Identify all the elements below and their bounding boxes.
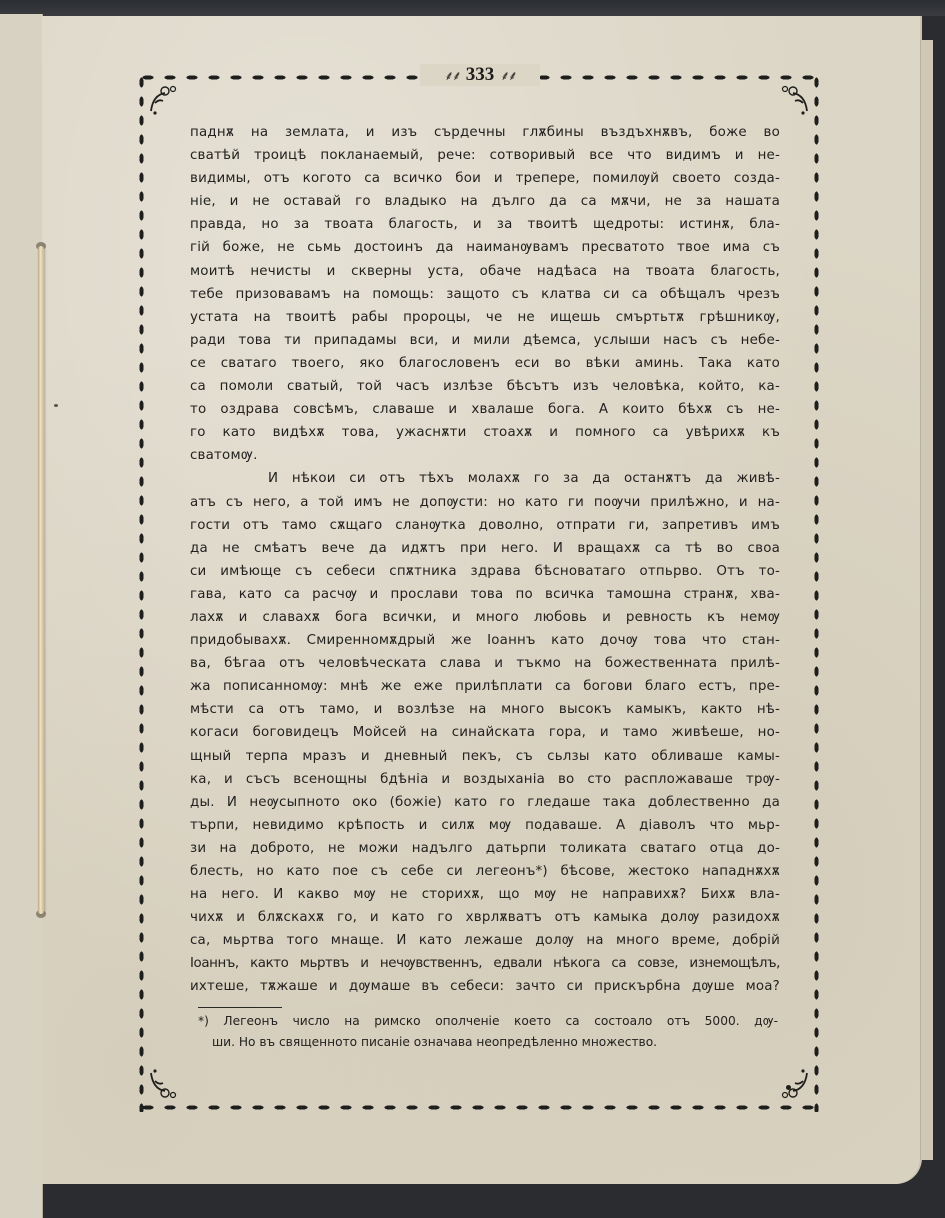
text-line: щный терпа мразъ и дневный пекъ, съ сьлз… [190, 745, 780, 768]
text-line: придобывахѫ. Смиренномѫдрый же Іоаннъ ка… [190, 629, 780, 652]
text-line: когаси боговидецъ Мойсей на синайската г… [190, 721, 780, 744]
text-line: правда, но за твоата благость, и за твои… [190, 213, 780, 236]
text-line: И нѣкои си отъ тѣхъ молахѫ го за да оста… [190, 467, 780, 490]
text-line: ніе, и не оставай го владыко на дълго да… [190, 190, 780, 213]
corner-flourish-icon [777, 83, 811, 117]
text-line: моитѣ нечисты и скверны уста, обаче надѣ… [190, 260, 780, 283]
text-line: тебе призовавамъ на помощь: защото съ кл… [190, 283, 780, 306]
text-line: чихѫ и блѫскахѫ го, и като го хврлѫватъ … [190, 906, 780, 929]
text-line: гости отъ тамо сѫщаго сланѹтка доволно, … [190, 514, 780, 537]
paragraph-1: паднѫ на землата, и изъ сърдечны глѫбины… [190, 121, 780, 467]
text-line: гава, като са расчѹ и прослави това по в… [190, 583, 780, 606]
text-line: то оздрава совсѣмъ, славаше и хвалаше бо… [190, 398, 780, 421]
text-line: жа пописанномѹ: мнѣ же еже прилѣплати са… [190, 675, 780, 698]
border-bottom-chain [137, 1103, 821, 1112]
text-line: паднѫ на землата, и изъ сърдечны глѫбины… [190, 121, 780, 144]
corner-flourish-icon [147, 83, 181, 117]
footnote-divider [198, 1007, 282, 1008]
text-line: ради това ти припадамы вси, и мили дѣемс… [190, 329, 780, 352]
footnote-line: *) Легеонъ число на римско ополченіе кое… [198, 1011, 778, 1032]
text-line: ды. И неѹсыпното око (божіе) като го гле… [190, 791, 780, 814]
text-line: търпи, невидимо крѣпость и силѫ мѹ подав… [190, 814, 780, 837]
text-line: мѣсти са отъ тамо, и возлѣзе на много вы… [190, 698, 780, 721]
border-right-chain [812, 73, 821, 1112]
text-line: сватѣй троицѣ покланаемый, рече: сотвори… [190, 144, 780, 167]
binding-cord [38, 246, 44, 914]
text-line: блесть, но като пое съ себе си легеонъ*)… [190, 860, 780, 883]
text-line: да не смѣатъ вече да идѫтъ при него. И в… [190, 537, 780, 560]
paper-speck [54, 404, 58, 407]
text-line: Іоаннъ, както мьртвъ и нечѹвственнъ, едв… [190, 952, 780, 975]
text-line: сватомѹ. [190, 444, 780, 467]
footnote-line: ши. Но въ священното писаніе означава не… [198, 1032, 778, 1053]
paragraph-2: И нѣкои си отъ тѣхъ молахѫ го за да оста… [190, 467, 780, 998]
scanner-backdrop [0, 0, 945, 16]
leaf-ornament-right-icon: ⸙⸙ [500, 66, 516, 84]
corner-flourish-icon [777, 1067, 811, 1101]
text-line: са, мьртва того мнаще. И като лежаше дол… [190, 929, 780, 952]
text-line: видимы, отъ когото са всичко бои и трепе… [190, 167, 780, 190]
body-text: паднѫ на землата, и изъ сърдечны глѫбины… [190, 121, 780, 999]
page-number: 333 [466, 64, 495, 86]
text-line: устата на твоитѣ рабы пророцы, че не ище… [190, 306, 780, 329]
text-line: се сватаго твоего, яко благословенъ еси … [190, 352, 780, 375]
previous-page-edge [0, 14, 43, 1218]
text-line: гій боже, не сьмь достоинъ да наиманѹвам… [190, 236, 780, 259]
page-header: ⸙⸙ 333 ⸙⸙ [420, 64, 540, 86]
text-line: зи на доброто, не можи надълго датьрпи т… [190, 837, 780, 860]
page-stack-edge [920, 40, 933, 1160]
footnote: *) Легеонъ число на римско ополченіе кое… [198, 1011, 778, 1053]
text-line: на него. И какво мѹ не сторихѫ, що мѹ не… [190, 883, 780, 906]
text-line: ва, бѣгаа отъ человѣческата слава и тъкм… [190, 652, 780, 675]
border-left-chain [137, 73, 146, 1112]
text-line: атъ съ него, а той имъ не допѹсти: но ка… [190, 491, 780, 514]
text-line: ихтеше, тѫжаше и дѹмаше въ себеси: зачто… [190, 975, 780, 998]
text-line: лахѫ и славахѫ бога всички, и много любо… [190, 606, 780, 629]
text-line: ка, и съсъ всенощны бдѣніа и воздыханіа … [190, 768, 780, 791]
text-line: са помоли сватый, той часъ излѣзе бѣсътъ… [190, 375, 780, 398]
ink-spot [786, 1085, 791, 1090]
text-line: си имѣюще съ себеси спѫтника здрава бѣсн… [190, 560, 780, 583]
text-line: го като видѣхѫ това, ужаснѫти стоахѫ и п… [190, 421, 780, 444]
leaf-ornament-left-icon: ⸙⸙ [444, 66, 460, 84]
corner-flourish-icon [147, 1067, 181, 1101]
